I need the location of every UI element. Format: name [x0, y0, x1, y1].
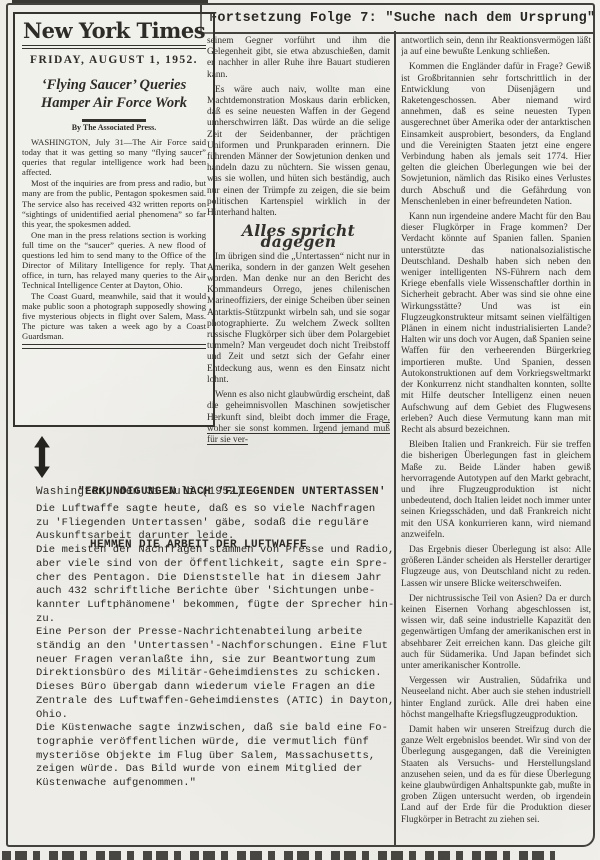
typewriter-body: Die Luftwaffe sagte heute, daß es so vie…: [36, 503, 396, 793]
nyt-headline: ‘Flying Saucer’ Queries Hamper Air Force…: [22, 76, 206, 112]
nyt-byline: By The Associated Press.: [22, 123, 206, 132]
german-paragraph: Im übrigen sind die „Untertassen“ nicht …: [207, 252, 390, 386]
german-paragraph: Bleiben Italien und Frankreich. Für sie …: [401, 440, 591, 541]
end-dots: . . . . . .: [401, 834, 591, 838]
column-divider: [394, 31, 396, 846]
german-paragraph: Der nichtrussische Teil von Asien? Da er…: [401, 594, 591, 672]
german-paragraph: Damit haben wir unseren Streifzug durch …: [401, 725, 591, 826]
continuation-title: Fortsetzung Folge 7: "Suche nach dem Urs…: [209, 11, 593, 26]
up-down-arrow-icon: [31, 436, 53, 478]
german-paragraph: Wenn es also nicht glaubwürdig erscheint…: [207, 390, 390, 446]
nyt-paragraph: The Coast Guard, meanwhile, said that it…: [22, 291, 206, 341]
continuation-header: Fortsetzung Folge 7: "Suche nach dem Urs…: [200, 5, 593, 34]
nyt-date: FRIDAY, AUGUST 1, 1952.: [22, 54, 206, 66]
german-paragraph: Das Ergebnis dieser Überlegung ist also:…: [401, 545, 591, 590]
german-paragraph: Kommen die Engländer dafür in Frage? Gew…: [401, 62, 591, 208]
nyt-masthead: New York Times: [22, 18, 206, 49]
german-column-right: antwortlich sein, denn ihr Reaktionsverm…: [401, 36, 591, 838]
clipping-end-rule: [22, 344, 206, 349]
nyt-paragraph: One man in the press relations section i…: [22, 230, 206, 290]
byline-rule: [82, 119, 146, 122]
nyt-paragraph: WASHINGTON, July 31—The Air Force said t…: [22, 137, 206, 177]
section-heading: Alles spricht dagegen: [207, 225, 390, 247]
nyt-body: WASHINGTON, July 31—The Air Force said t…: [22, 137, 206, 349]
top-edge-bar: [12, 0, 208, 5]
nyt-clipping: New York Times FRIDAY, AUGUST 1, 1952. ‘…: [13, 12, 215, 427]
nyt-paragraph: Most of the inquiries are from press and…: [22, 178, 206, 228]
german-column-middle: seinem Gegner vorführt und ihm die Geleg…: [207, 36, 390, 470]
german-paragraph: Kann nun irgendeine andere Macht für den…: [401, 212, 591, 436]
german-paragraph: Es wäre auch naiv, wollte man eine Macht…: [207, 85, 390, 219]
german-paragraph: Vergessen wir Australien, Südafrika und …: [401, 676, 591, 721]
cutoff-headline-strip: [2, 851, 555, 860]
german-paragraph-fragment: seinem Gegner vorführt und ihm die Geleg…: [207, 36, 390, 81]
typewriter-dateline: Washington, den 31.Juli (1952) -: [36, 486, 257, 498]
german-paragraph: antwortlich sein, denn ihr Reaktionsverm…: [401, 36, 591, 58]
